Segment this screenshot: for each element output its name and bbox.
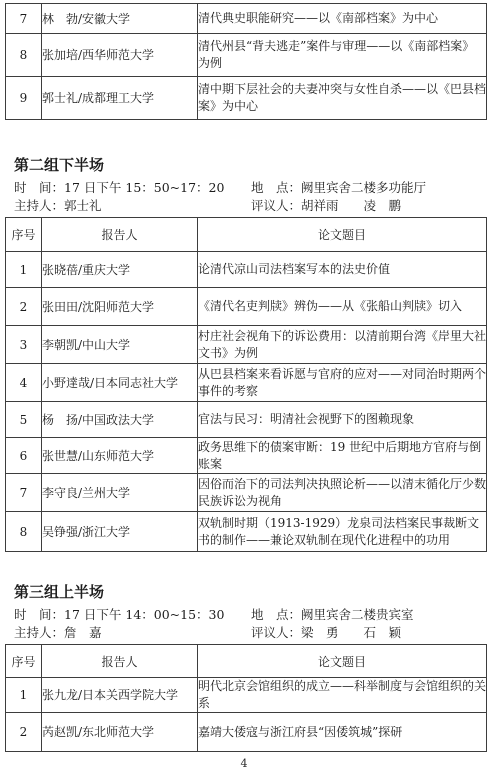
column-header-title: 论文题目	[198, 218, 487, 252]
time-value: 17 日下午 15：50~17：20	[64, 180, 224, 195]
paper-title-cell: 从巴县档案来看诉愿与官府的应对——对同治时期两个事件的考察	[198, 364, 487, 402]
row-number: 8	[6, 512, 42, 552]
table-row: 8 吴铮强/浙江大学 双轨制时期（1913-1929）龙泉司法档案民事裁断文书的…	[6, 512, 487, 552]
presenter-cell: 杨 扬/中国政法大学	[42, 402, 198, 438]
presenter-cell: 李守良/兰州大学	[42, 474, 198, 512]
session2-host: 主持人：郭士礼	[14, 198, 251, 213]
table-row: 3 李朝凯/中山大学 村庄社会视角下的诉讼费用：以清前期台湾《岸里大社文书》为例	[6, 326, 487, 364]
paper-title-cell: 政务思维下的债案审断：19 世纪中后期地方官府与倒账案	[198, 438, 487, 474]
reviewer-label: 评议人：	[251, 198, 301, 213]
table-row: 5 杨 扬/中国政法大学 官法与民习：明清社会视野下的图赖现象	[6, 402, 487, 438]
reviewer-value: 胡祥雨 凌 鹏	[301, 198, 401, 213]
presenter-cell: 张晓蓓/重庆大学	[42, 252, 198, 288]
session2-table: 序号 报告人 论文题目 1 张晓蓓/重庆大学 论清代凉山司法档案写本的法史价值 …	[5, 217, 487, 552]
presenter-cell: 张九龙/日本关西学院大学	[42, 678, 198, 713]
table-row: 6 张世慧/山东师范大学 政务思维下的债案审断：19 世纪中后期地方官府与倒账案	[6, 438, 487, 474]
host-label: 主持人：	[14, 198, 64, 213]
session2-heading: 第二组下半场	[0, 156, 488, 174]
column-header-presenter: 报告人	[42, 218, 198, 252]
table-row: 7 李守良/兰州大学 因俗而治下的司法判决执照论析——以清末循化厅少数民族诉讼为…	[6, 474, 487, 512]
row-number: 3	[6, 326, 42, 364]
session3-time: 时 间：17 日下午 14：00~15：30	[14, 607, 251, 622]
row-number: 7	[6, 474, 42, 512]
presenter-cell: 郭士礼/成都理工大学	[42, 77, 198, 120]
session2-time: 时 间：17 日下午 15：50~17：20	[14, 180, 251, 195]
table-row: 8 张加培/西华师范大学 清代州县“背夫逃走”案件与审理——以《南部档案》为例	[6, 34, 487, 77]
session3-host: 主持人：詹 嘉	[14, 625, 251, 640]
session3-heading: 第三组上半场	[0, 583, 488, 601]
presenter-cell: 李朝凯/中山大学	[42, 326, 198, 364]
page-number: 4	[0, 757, 488, 768]
presenter-cell: 张田田/沈阳师范大学	[42, 288, 198, 326]
row-number: 1	[6, 252, 42, 288]
venue-value: 阙里宾舍二楼贵宾室	[301, 607, 414, 622]
table-row: 2 张田田/沈阳师范大学 《清代名吏判牍》辨伪——从《张船山判牍》切入	[6, 288, 487, 326]
paper-title-cell: 清代典史职能研究——以《南部档案》为中心	[198, 4, 487, 34]
paper-title-cell: 因俗而治下的司法判决执照论析——以清末循化厅少数民族诉讼为视角	[198, 474, 487, 512]
column-header-presenter: 报告人	[42, 645, 198, 678]
paper-title-cell: 论清代凉山司法档案写本的法史价值	[198, 252, 487, 288]
table-header-row: 序号 报告人 论文题目	[6, 218, 487, 252]
presenter-cell: 张世慧/山东师范大学	[42, 438, 198, 474]
column-header-no: 序号	[6, 218, 42, 252]
time-value: 17 日下午 14：00~15：30	[64, 607, 224, 622]
paper-title-cell: 明代北京会馆组织的成立——科举制度与会馆组织的关系	[198, 678, 487, 713]
paper-title-cell: 官法与民习：明清社会视野下的图赖现象	[198, 402, 487, 438]
row-number: 4	[6, 364, 42, 402]
presenter-cell: 张加培/西华师范大学	[42, 34, 198, 77]
presenter-cell: 小野達哉/日本同志社大学	[42, 364, 198, 402]
session2-venue: 地 点：阙里宾舍二楼多功能厅	[251, 180, 488, 195]
session3-table: 序号 报告人 论文题目 1 张九龙/日本关西学院大学 明代北京会馆组织的成立——…	[5, 644, 487, 752]
document-page: 7 林 勃/安徽大学 清代典史职能研究——以《南部档案》为中心 8 张加培/西华…	[0, 3, 488, 768]
presenter-cell: 芮赵凯/东北师范大学	[42, 713, 198, 752]
time-label: 时 间：	[14, 180, 64, 195]
table-row: 7 林 勃/安徽大学 清代典史职能研究——以《南部档案》为中心	[6, 4, 487, 34]
host-label: 主持人：	[14, 625, 64, 640]
session3-time-venue-line: 时 间：17 日下午 14：00~15：30 地 点：阙里宾舍二楼贵宾室	[0, 607, 488, 622]
venue-label: 地 点：	[251, 180, 301, 195]
table-header-row: 序号 报告人 论文题目	[6, 645, 487, 678]
session2-host-reviewer-line: 主持人：郭士礼 评议人：胡祥雨 凌 鹏	[0, 198, 488, 213]
row-number: 7	[6, 4, 42, 34]
row-number: 9	[6, 77, 42, 120]
table-row: 1 张九龙/日本关西学院大学 明代北京会馆组织的成立——科举制度与会馆组织的关系	[6, 678, 487, 713]
host-value: 郭士礼	[64, 198, 102, 213]
row-number: 2	[6, 713, 42, 752]
table-row: 1 张晓蓓/重庆大学 论清代凉山司法档案写本的法史价值	[6, 252, 487, 288]
host-value: 詹 嘉	[64, 625, 102, 640]
row-number: 1	[6, 678, 42, 713]
row-number: 6	[6, 438, 42, 474]
session2-time-venue-line: 时 间：17 日下午 15：50~17：20 地 点：阙里宾舍二楼多功能厅	[0, 180, 488, 195]
session2-reviewers: 评议人：胡祥雨 凌 鹏	[251, 198, 488, 213]
reviewer-label: 评议人：	[251, 625, 301, 640]
venue-label: 地 点：	[251, 607, 301, 622]
row-number: 8	[6, 34, 42, 77]
table-row: 4 小野達哉/日本同志社大学 从巴县档案来看诉愿与官府的应对——对同治时期两个事…	[6, 364, 487, 402]
paper-title-cell: 清代州县“背夫逃走”案件与审理——以《南部档案》为例	[198, 34, 487, 77]
row-number: 5	[6, 402, 42, 438]
session3-reviewers: 评议人：梁 勇 石 颖	[251, 625, 488, 640]
row-number: 2	[6, 288, 42, 326]
paper-title-cell: 嘉靖大倭寇与浙江府县“因倭筑城”探研	[198, 713, 487, 752]
reviewer-value: 梁 勇 石 颖	[301, 625, 401, 640]
venue-value: 阙里宾舍二楼多功能厅	[301, 180, 426, 195]
paper-title-cell: 双轨制时期（1913-1929）龙泉司法档案民事裁断文书的制作——兼论双轨制在现…	[198, 512, 487, 552]
paper-title-cell: 村庄社会视角下的诉讼费用：以清前期台湾《岸里大社文书》为例	[198, 326, 487, 364]
paper-title-cell: 《清代名吏判牍》辨伪——从《张船山判牍》切入	[198, 288, 487, 326]
session3-venue: 地 点：阙里宾舍二楼贵宾室	[251, 607, 488, 622]
column-header-title: 论文题目	[198, 645, 487, 678]
presenter-cell: 吴铮强/浙江大学	[42, 512, 198, 552]
paper-title-cell: 清中期下层社会的夫妻冲突与女性自杀——以《巴县档案》为中心	[198, 77, 487, 120]
table-row: 2 芮赵凯/东北师范大学 嘉靖大倭寇与浙江府县“因倭筑城”探研	[6, 713, 487, 752]
table-row: 9 郭士礼/成都理工大学 清中期下层社会的夫妻冲突与女性自杀——以《巴县档案》为…	[6, 77, 487, 120]
session3-host-reviewer-line: 主持人：詹 嘉 评议人：梁 勇 石 颖	[0, 625, 488, 640]
column-header-no: 序号	[6, 645, 42, 678]
presenter-cell: 林 勃/安徽大学	[42, 4, 198, 34]
carryover-table: 7 林 勃/安徽大学 清代典史职能研究——以《南部档案》为中心 8 张加培/西华…	[5, 3, 487, 120]
time-label: 时 间：	[14, 607, 64, 622]
